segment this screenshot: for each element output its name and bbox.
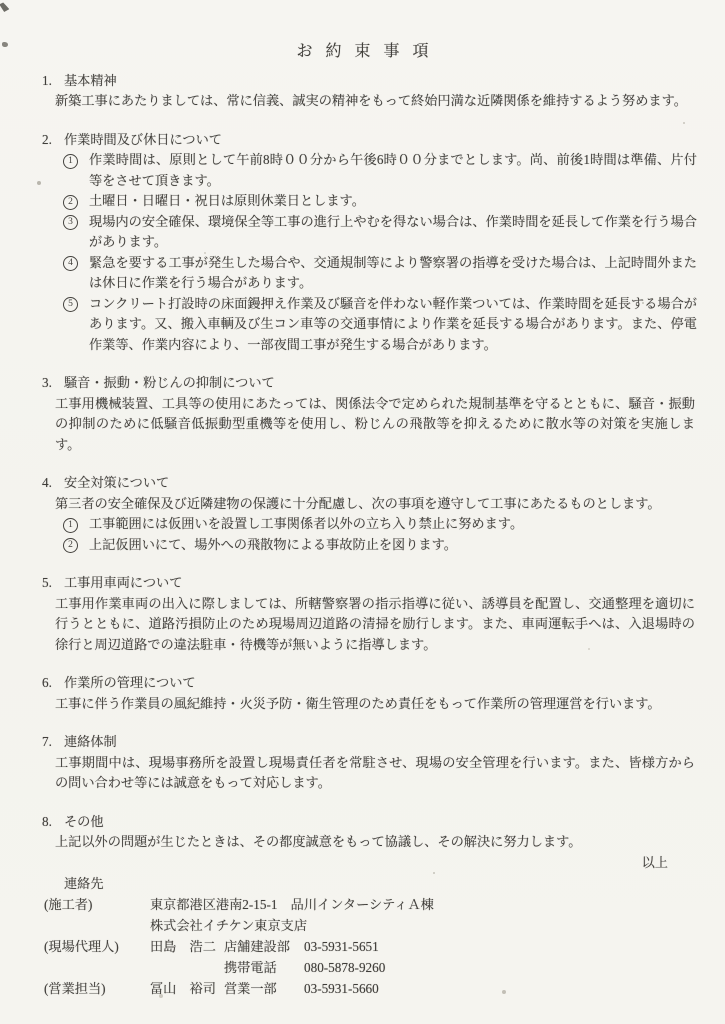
section-heading-row: 1.基本精神	[42, 71, 725, 92]
section-number: 7.	[42, 732, 64, 753]
section-communication-system: 7.連絡体制 工事期間中は、現場事務所を設置し現場責任者を常駐させ、現場の安全管…	[0, 732, 725, 794]
circled-number-icon: 2	[63, 195, 78, 210]
section-number: 1.	[42, 71, 64, 92]
circled-number-value: 5	[68, 299, 73, 310]
circled-number-icon: 1	[63, 154, 78, 169]
document-title: お約束事項	[0, 0, 725, 63]
section-body: 工事用機械装置、工具等の使用にあたっては、関係法令で定められた規制基準を守るとと…	[55, 394, 695, 456]
list-item-text: 緊急を要する工事が発生した場合や、交通規制等により警察署の指導を受けた場合は、上…	[89, 253, 697, 294]
section-body: 工事期間中は、現場事務所を設置し現場責任者を常駐させ、現場の安全管理を行います。…	[55, 753, 695, 794]
list-item: 4 緊急を要する工事が発生した場合や、交通規制等により警察署の指導を受けた場合は…	[63, 253, 697, 294]
contact-empty-cell	[44, 957, 150, 978]
circled-number-value: 2	[68, 197, 73, 208]
contact-empty-cell	[44, 915, 150, 936]
section-body: 新築工事にあたりましては、常に信義、誠実の精神をもって終始円満な近隣関係を維持す…	[55, 91, 695, 112]
contact-block: 連絡先 (施工者) 東京都港区港南2-15-1 品川インターシティＡ棟 株式会社…	[44, 873, 725, 999]
list-item: 1 作業時間は、原則として午前8時００分から午後6時００分までとします。尚、前後…	[63, 150, 697, 191]
section-number: 2.	[42, 130, 64, 151]
section-heading-row: 3.騒音・振動・粉じんの抑制について	[42, 373, 725, 394]
circled-number-value: 1	[68, 156, 73, 167]
sales-dept: 営業一部	[224, 978, 304, 999]
section-body: 上記以外の問題が生じたときは、その都度誠意をもって協議し、その解決に努力します。	[55, 832, 695, 853]
circled-number-value: 2	[68, 540, 73, 551]
section-heading: 作業時間及び休日について	[64, 132, 222, 147]
contact-table: (施工者) 東京都港区港南2-15-1 品川インターシティＡ棟 株式会社イチケン…	[44, 894, 725, 999]
section-heading: 基本精神	[64, 73, 117, 88]
contact-empty-cell	[150, 957, 224, 978]
section-construction-vehicles: 5.工事用車両について 工事用作業車両の出入に際しましては、所轄警察署の指示指導…	[0, 573, 725, 655]
section-work-hours: 2.作業時間及び休日について 1 作業時間は、原則として午前8時００分から午後6…	[0, 130, 725, 356]
list-item: 3 現場内の安全確保、環境保全等工事の進行上やむを得ない場合は、作業時間を延長し…	[63, 212, 697, 253]
contact-label-site-agent: (現場代理人)	[44, 936, 150, 957]
section-number: 8.	[42, 812, 64, 833]
section-number: 5.	[42, 573, 64, 594]
list-item-text: 現場内の安全確保、環境保全等工事の進行上やむを得ない場合は、作業時間を延長して作…	[89, 212, 697, 253]
section-safety-measures: 4.安全対策について 第三者の安全確保及び近隣建物の保護に十分配慮し、次の事項を…	[0, 473, 725, 555]
site-agent-phone: 03-5931-5651	[304, 936, 725, 957]
circled-number-icon: 3	[63, 215, 78, 230]
list-item-text: 上記仮囲いにて、場外への飛散物による事故防止を図ります。	[89, 535, 697, 556]
scanned-document-page: お約束事項 1.基本精神 新築工事にあたりましては、常に信義、誠実の精神をもって…	[0, 0, 725, 1024]
circled-number-value: 3	[68, 217, 73, 228]
section-noise-vibration-dust: 3.騒音・振動・粉じんの抑制について 工事用機械装置、工具等の使用にあたっては、…	[0, 373, 725, 455]
section-heading-row: 6.作業所の管理について	[42, 673, 725, 694]
section-body: 工事に伴う作業員の風紀維持・火災予防・衛生管理のため責任をもって作業所の管理運営…	[55, 694, 695, 715]
section-heading: 騒音・振動・粉じんの抑制について	[64, 375, 275, 390]
paper-noise-specks	[0, 0, 2, 2]
list-item: 5 コンクリート打設時の床面鏝押え作業及び騒音を伴わない軽作業ついては、作業時間…	[63, 294, 697, 356]
circled-number-icon: 5	[63, 297, 78, 312]
section-basic-spirit: 1.基本精神 新築工事にあたりましては、常に信義、誠実の精神をもって終始円満な近…	[0, 71, 725, 112]
section-heading: 作業所の管理について	[64, 675, 196, 690]
contractor-address: 東京都港区港南2-15-1 品川インターシティＡ棟	[150, 894, 725, 915]
section-number: 6.	[42, 673, 64, 694]
mobile-phone: 080-5878-9260	[304, 957, 725, 978]
mobile-label: 携帯電話	[224, 957, 304, 978]
section-site-management: 6.作業所の管理について 工事に伴う作業員の風紀維持・火災予防・衛生管理のため責…	[0, 673, 725, 714]
contact-heading: 連絡先	[64, 873, 725, 894]
contractor-company: 株式会社イチケン東京支店	[150, 915, 725, 936]
section-heading-row: 8.その他	[42, 812, 725, 833]
contact-label-contractor: (施工者)	[44, 894, 150, 915]
list-item: 1 工事範囲には仮囲いを設置し工事関係者以外の立ち入り禁止に努めます。	[63, 514, 697, 535]
section-heading-row: 4.安全対策について	[42, 473, 725, 494]
section-heading: 工事用車両について	[64, 575, 182, 590]
section-number: 4.	[42, 473, 64, 494]
site-agent-dept: 店舗建設部	[224, 936, 304, 957]
list-item-text: 工事範囲には仮囲いを設置し工事関係者以外の立ち入り禁止に努めます。	[89, 514, 697, 535]
site-agent-name: 田島 浩二	[150, 936, 224, 957]
contact-label-sales: (営業担当)	[44, 978, 150, 999]
circled-number-icon: 4	[63, 256, 78, 271]
section-others: 8.その他 上記以外の問題が生じたときは、その都度誠意をもって協議し、その解決に…	[0, 812, 725, 853]
list-item-text: 作業時間は、原則として午前8時００分から午後6時００分までとします。尚、前後1時…	[89, 150, 697, 191]
section-heading-row: 2.作業時間及び休日について	[42, 130, 725, 151]
circled-number-icon: 1	[63, 518, 78, 533]
sales-name: 冨山 裕司	[150, 978, 224, 999]
section-heading: 連絡体制	[64, 734, 117, 749]
list-item-text: 土曜日・日曜日・祝日は原則休業日とします。	[89, 191, 697, 212]
section-number: 3.	[42, 373, 64, 394]
closing-statement: 以上	[0, 853, 668, 874]
circled-number-value: 4	[68, 258, 73, 269]
section-heading: その他	[64, 814, 104, 829]
section-body: 工事用作業車両の出入に際しましては、所轄警察署の指示指導に従い、誘導員を配置し、…	[55, 594, 695, 656]
list-item: 2 上記仮囲いにて、場外への飛散物による事故防止を図ります。	[63, 535, 697, 556]
circled-number-icon: 2	[63, 538, 78, 553]
list-item-text: コンクリート打設時の床面鏝押え作業及び騒音を伴わない軽作業ついては、作業時間を延…	[89, 294, 697, 356]
section-heading-row: 7.連絡体制	[42, 732, 725, 753]
section-heading-row: 5.工事用車両について	[42, 573, 725, 594]
sales-phone: 03-5931-5660	[304, 978, 725, 999]
section-body: 第三者の安全確保及び近隣建物の保護に十分配慮し、次の事項を遵守して工事にあたるも…	[55, 494, 695, 515]
list-item: 2 土曜日・日曜日・祝日は原則休業日とします。	[63, 191, 697, 212]
section-heading: 安全対策について	[64, 475, 169, 490]
scan-artifact-edge-mark	[2, 42, 8, 47]
circled-number-value: 1	[68, 520, 73, 531]
